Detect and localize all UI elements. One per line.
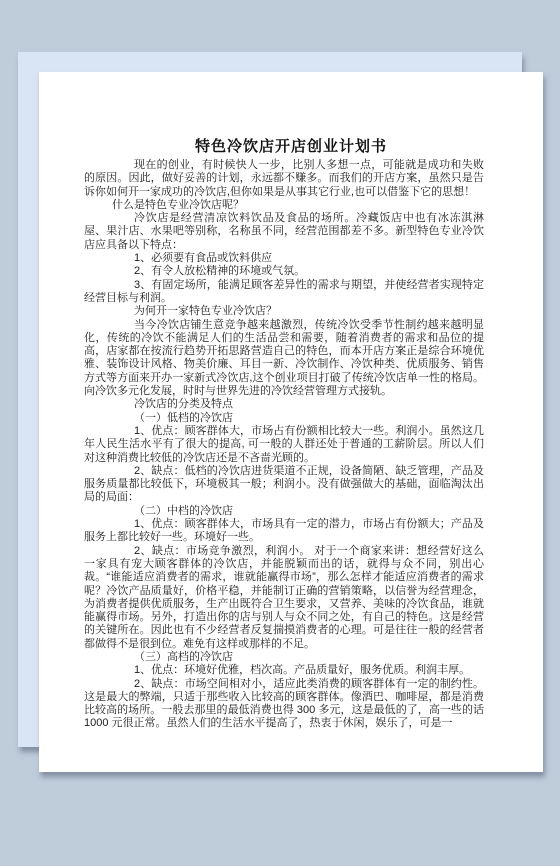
paragraph: 2、有令人放松精神的环境或气氛。 <box>84 265 484 278</box>
paragraph: 1、优点：环境好优雅，档次高。产品质量好，服务优质。利润丰厚。 <box>84 664 484 677</box>
paragraph: 2、缺点：低档的冷饮店进货渠道不正规，设备简陋、缺乏管理，产品及服务质量都比较低… <box>84 465 484 505</box>
paragraph: 为何开一家特色专业冷饮店？ <box>84 305 484 318</box>
paragraph: 现在的创业，有时候快人一步，比别人多想一点，可能就是成功和失败的原因。因此，做好… <box>84 159 484 199</box>
document-body: 现在的创业，有时候快人一步，比别人多想一点，可能就是成功和失败的原因。因此，做好… <box>84 159 484 731</box>
paragraph: 冷饮店的分类及特点 <box>84 398 484 411</box>
paragraph: 1、必须要有食品或饮料供应 <box>84 252 484 265</box>
paragraph: 1、优点：顾客群体大，市场具有一定的潜力，市场占有份额大；产品及服务上都比较好一… <box>84 518 484 545</box>
document-page: 特色冷饮店开店创业计划书 现在的创业，有时候快人一步，比别人多想一点，可能就是成… <box>39 72 543 772</box>
paragraph: （二）中档的冷饮店 <box>84 505 484 518</box>
paragraph: 当今冷饮店铺生意竞争越来越激烈，传统冷饮受季节性制约越来越明显化，传统的冷饮不能… <box>84 319 484 399</box>
paragraph: 3、有固定场所，能满足顾客差异性的需求与期望，并使经营者实现特定经营目标与利润。 <box>84 279 484 306</box>
paragraph: 1、优点：顾客群体大，市场占有份额相比较大一些。利润小。虽然这几年人民生活水平有… <box>84 425 484 465</box>
paragraph: 什么是特色专业冷饮店呢？ <box>84 199 484 212</box>
paragraph: 2、缺点：市场竞争激烈，利润小。 对于一个商家来讲：想经营好这么一家具有宠大顾客… <box>84 545 484 651</box>
document-preview-backdrop: 特色冷饮店开店创业计划书 现在的创业，有时候快人一步，比别人多想一点，可能就是成… <box>0 0 560 866</box>
paragraph: 2、缺点：市场空间相对小，适应此类消费的顾客群体有一定的制约性。这是最大的弊端，… <box>84 678 484 731</box>
paragraph: （三）高档的冷饮店 <box>84 651 484 664</box>
paragraph: （一）低档的冷饮店 <box>84 412 484 425</box>
document-title: 特色冷饮店开店创业计划书 <box>39 72 543 156</box>
paragraph: 冷饮店是经营清凉饮料饮品及食品的场所。冷藏饭店中也有冰冻淇淋屋、果汁店、水果吧等… <box>84 212 484 252</box>
